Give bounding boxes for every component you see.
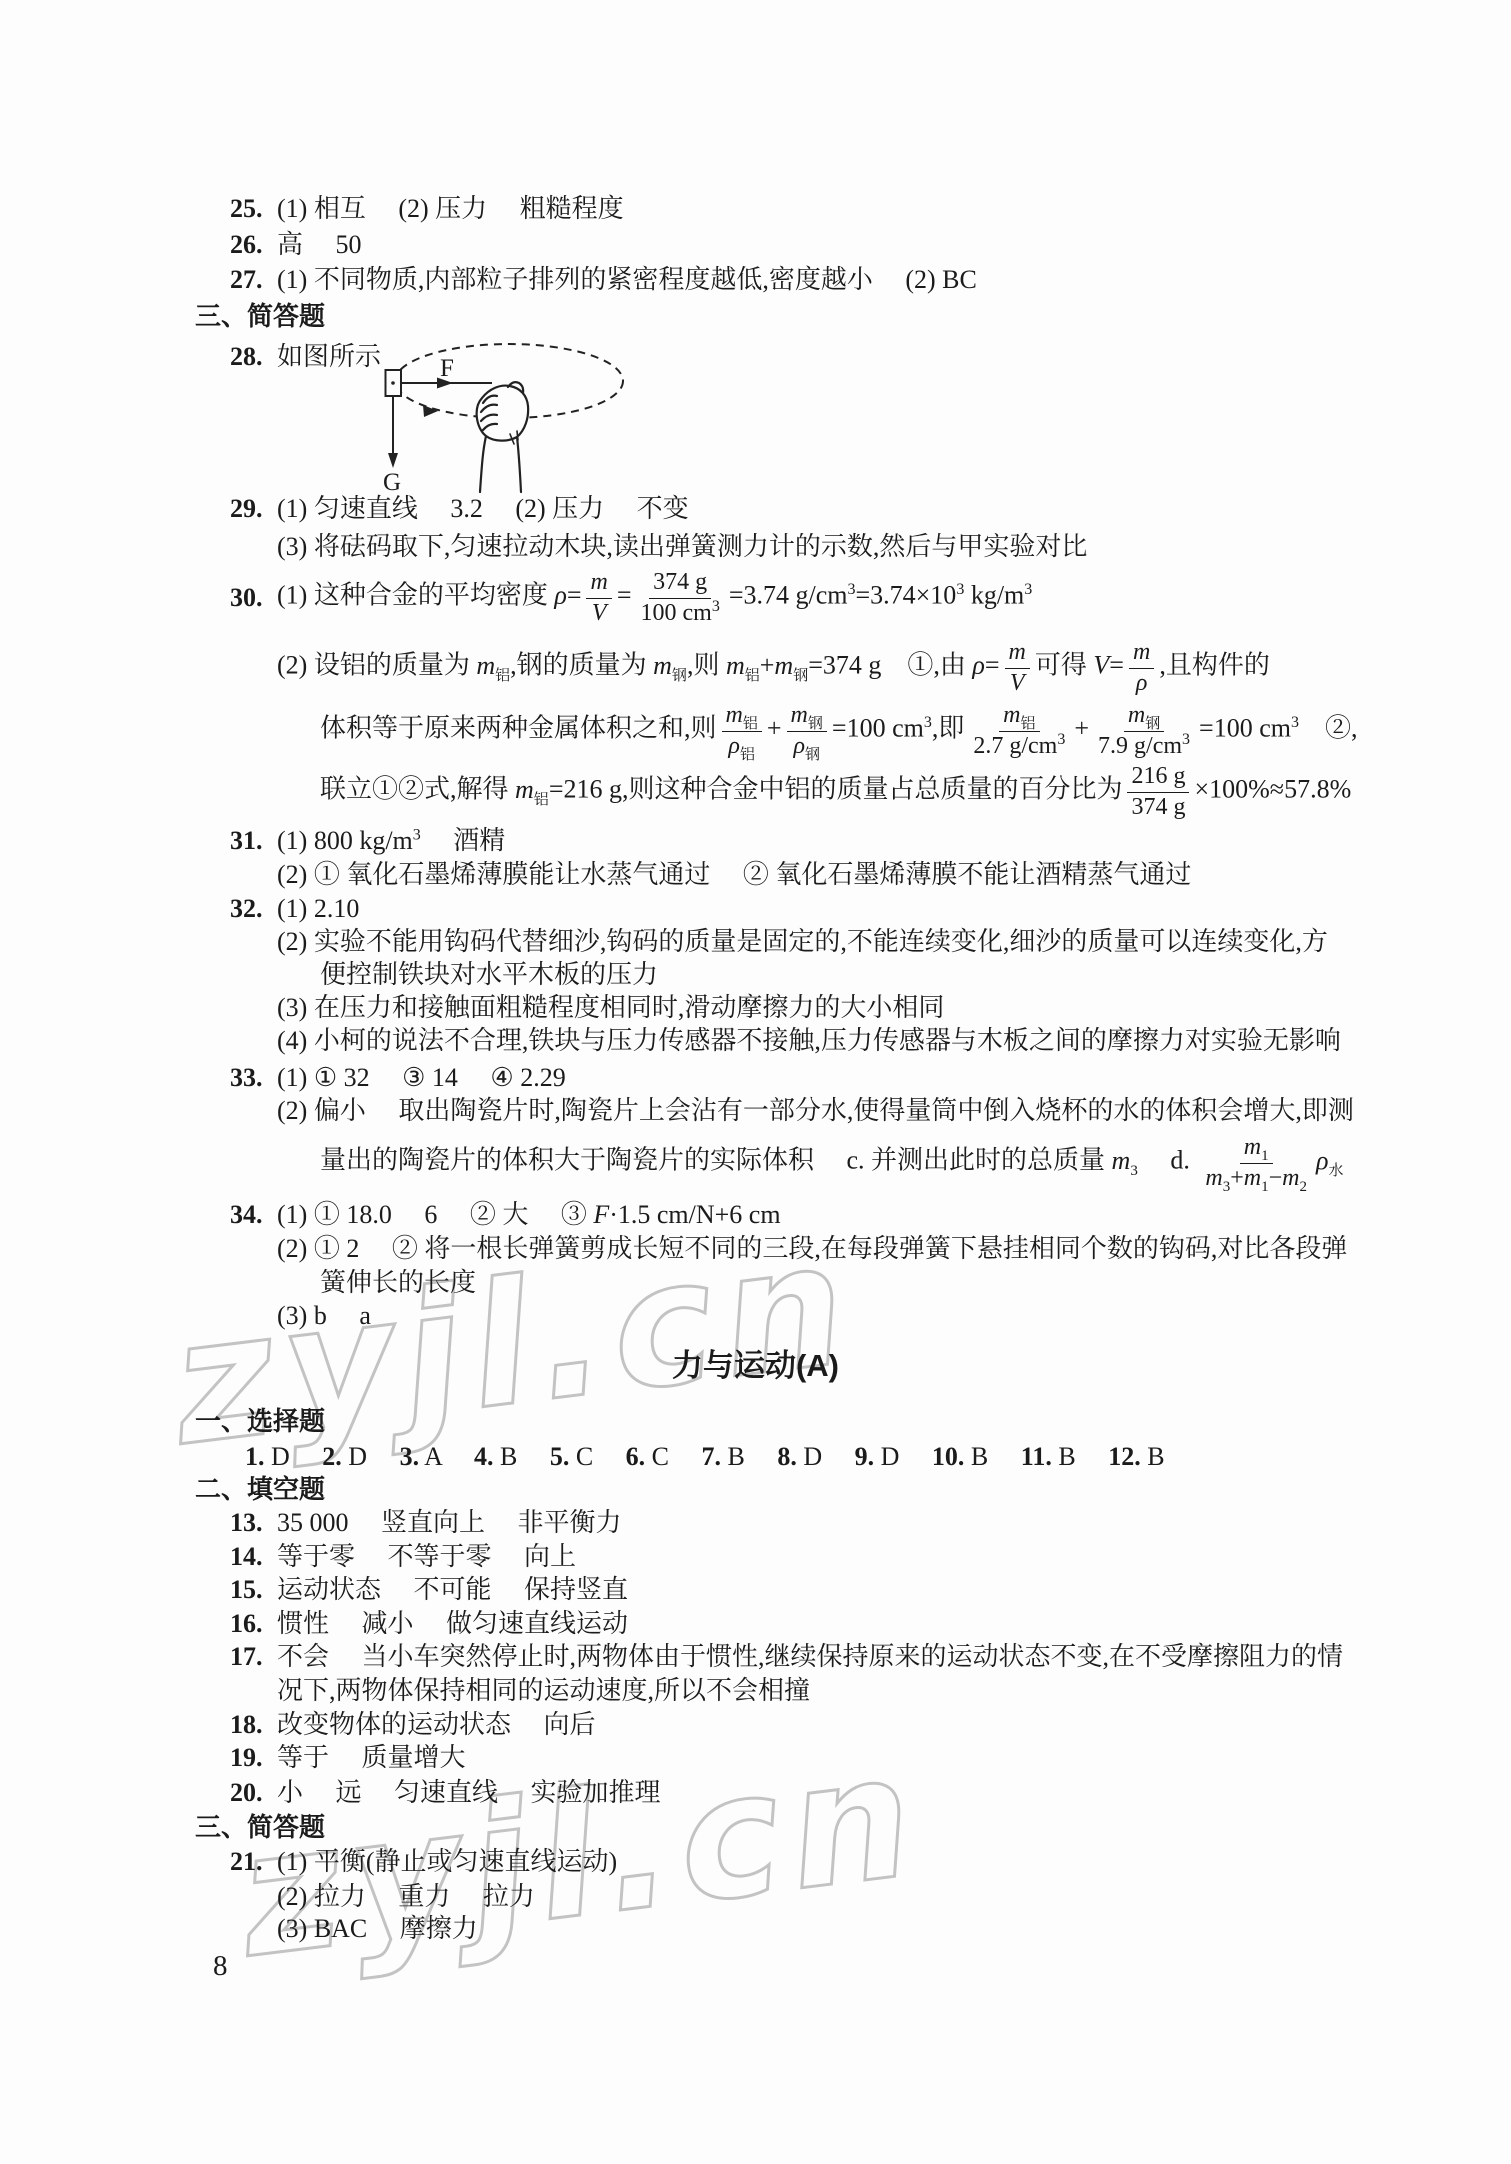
- answer-item-21: 21.(1) 平衡(静止或匀速直线运动): [230, 1845, 617, 1879]
- answer-line: 量出的陶瓷片的体积大于陶瓷片的实际体积 c. 并测出此时的总质量 m3 d. m…: [320, 1130, 1343, 1196]
- answer-item-34: 34.(1) ① 18.0 6 ② 大 ③ F·1.5 cm/N+6 cm: [230, 1198, 781, 1232]
- answer-item-16: 16.惯性 减小 做匀速直线运动: [230, 1607, 628, 1641]
- line-text: 便控制铁块对水平木板的压力: [320, 960, 658, 989]
- item-number: 13.: [230, 1506, 277, 1540]
- item-number: 34.: [230, 1198, 277, 1232]
- item-number: 16.: [230, 1607, 277, 1641]
- page-number: 8: [213, 1950, 228, 1983]
- line-text: 不会 当小车突然停止时,两物体由于惯性,继续保持原来的运动状态不变,在不受摩擦阻…: [277, 1642, 1343, 1671]
- item-number: 29.: [230, 492, 277, 526]
- line-text: 一、选择题: [195, 1406, 325, 1436]
- answer-item-27: 27.(1) 不同物质,内部粒子排列的紧密程度越低,密度越小 (2) BC: [230, 263, 977, 297]
- line-text: 如图所示: [277, 342, 381, 371]
- answer-line: 体积等于原来两种金属体积之和,则m铝ρ铝+m钢ρ钢=100 cm3,即m铝2.7…: [320, 698, 1357, 764]
- fraction: m钢7.9 g/cm3: [1094, 701, 1194, 761]
- block-center-dot: [391, 381, 395, 385]
- answer-line: (3) 将砝码取下,匀速拉动木块,读出弹簧测力计的示数,然后与甲实验对比: [277, 530, 1087, 564]
- item-number: 18.: [230, 1708, 277, 1742]
- line-text: (1) 800 kg/m3 酒精: [277, 826, 505, 855]
- line-text: (1) 这种合金的平均密度 ρ=mV=374 g100 cm3=3.74 g/c…: [277, 568, 1032, 628]
- answer-line: (2) 偏小 取出陶瓷片时,陶瓷片上会沾有一部分水,使得量筒中倒入烧杯的水的体积…: [277, 1094, 1354, 1128]
- fraction: m1m3+m1−m2: [1201, 1133, 1311, 1193]
- hand: [477, 382, 529, 492]
- line-text: (3) BAC 摩擦力: [277, 1914, 478, 1943]
- item-number: 15.: [230, 1573, 277, 1607]
- item-number: 28.: [230, 340, 277, 374]
- answer-item-17: 17.不会 当小车突然停止时,两物体由于惯性,继续保持原来的运动状态不变,在不受…: [230, 1640, 1343, 1674]
- line-text: 改变物体的运动状态 向后: [277, 1710, 596, 1739]
- answer-item-28: 28.如图所示: [230, 340, 381, 374]
- line-text: 况下,两物体保持相同的运动速度,所以不会相撞: [277, 1676, 810, 1705]
- answer-line: 联立①②式,解得 m铝=216 g,则这种合金中铝的质量占总质量的百分比为216…: [320, 764, 1351, 820]
- fraction: mV: [586, 568, 611, 628]
- weight-label: G: [383, 469, 401, 496]
- item-number: 33.: [230, 1061, 277, 1095]
- answer-line: (2) ① 2 ② 将一根长弹簧剪成长短不同的三段,在每段弹簧下悬挂相同个数的钩…: [277, 1232, 1347, 1266]
- answer-item-31: 31.(1) 800 kg/m3 酒精: [230, 824, 505, 858]
- answer-item-19: 19.等于 质量增大: [230, 1741, 466, 1775]
- fraction: 216 g374 g: [1127, 762, 1189, 822]
- line-text: (3) 在压力和接触面粗糙程度相同时,滑动摩擦力的大小相同: [277, 993, 944, 1022]
- answer-item-20: 20.小 远 匀速直线 实验加推理: [230, 1776, 661, 1810]
- line-text: (2) 偏小 取出陶瓷片时,陶瓷片上会沾有一部分水,使得量筒中倒入烧杯的水的体积…: [277, 1096, 1354, 1125]
- section-heading: 一、选择题: [195, 1404, 325, 1438]
- answer-item-14: 14.等于零 不等于零 向上: [230, 1540, 576, 1574]
- answer-item-15: 15.运动状态 不可能 保持竖直: [230, 1573, 628, 1607]
- item-number: 19.: [230, 1741, 277, 1775]
- item-number: 17.: [230, 1640, 277, 1674]
- answer-line: (3) b a: [277, 1299, 371, 1333]
- fraction: m钢ρ钢: [787, 701, 827, 761]
- line-text: 1. D 2. D 3. A 4. B 5. C 6. C 7. B 8. D …: [245, 1442, 1165, 1471]
- item-number: 25.: [230, 192, 277, 226]
- fraction: 374 g100 cm3: [637, 568, 724, 628]
- item-number: 20.: [230, 1776, 277, 1810]
- answer-line: 簧伸长的长度: [320, 1266, 476, 1300]
- line-text: (4) 小柯的说法不合理,铁块与压力传感器不接触,压力传感器与木板之间的摩擦力对…: [277, 1026, 1341, 1055]
- weight-arrow-G: [388, 396, 398, 468]
- chapter-heading: 力与运动(A): [0, 1345, 1511, 1387]
- problem-28-figure: F G: [374, 334, 686, 498]
- line-text: 等于 质量增大: [277, 1743, 466, 1772]
- line-text: 小 远 匀速直线 实验加推理: [277, 1778, 661, 1807]
- line-text: (1) 2.10: [277, 894, 359, 923]
- answer-item-18: 18.改变物体的运动状态 向后: [230, 1708, 596, 1742]
- line-text: 二、填空题: [195, 1474, 325, 1504]
- answer-item-32: 32.(1) 2.10: [230, 892, 359, 926]
- line-text: (2) 拉力 重力 拉力: [277, 1882, 535, 1911]
- line-text: 高 50: [277, 230, 362, 259]
- fraction: m铝2.7 g/cm3: [969, 701, 1069, 761]
- answer-line: (3) BAC 摩擦力: [277, 1912, 478, 1946]
- answer-line: (2) 设铝的质量为 m铝,钢的质量为 m钢,则 m铝+m钢=374 g ①,由…: [277, 636, 1270, 700]
- line-text: (1) 匀速直线 3.2 (2) 压力 不变: [277, 494, 689, 523]
- line-text: (3) 将砝码取下,匀速拉动木块,读出弹簧测力计的示数,然后与甲实验对比: [277, 532, 1087, 561]
- fraction: mV: [1005, 638, 1030, 698]
- line-text: 三、简答题: [195, 301, 325, 331]
- section-heading: 三、简答题: [195, 299, 325, 333]
- answer-item-30: 30.(1) 这种合金的平均密度 ρ=mV=374 g100 cm3=3.74 …: [230, 566, 1032, 630]
- line-text: (2) ① 2 ② 将一根长弹簧剪成长短不同的三段,在每段弹簧下悬挂相同个数的钩…: [277, 1234, 1347, 1263]
- line-text: 三、简答题: [195, 1812, 325, 1842]
- line-text: 35 000 竖直向上 非平衡力: [277, 1508, 622, 1537]
- line-text: (1) ① 18.0 6 ② 大 ③ F·1.5 cm/N+6 cm: [277, 1200, 781, 1229]
- fraction: m铝ρ铝: [722, 701, 762, 761]
- answer-item-13: 13.35 000 竖直向上 非平衡力: [230, 1506, 622, 1540]
- answer-line: 便控制铁块对水平木板的压力: [320, 958, 658, 992]
- item-number: 31.: [230, 824, 277, 858]
- fraction: mρ: [1129, 638, 1154, 698]
- answer-line: (2) ① 氧化石墨烯薄膜能让水蒸气通过 ② 氧化石墨烯薄膜不能让酒精蒸气通过: [277, 858, 1191, 892]
- line-text: (3) b a: [277, 1301, 371, 1330]
- line-text: 量出的陶瓷片的体积大于陶瓷片的实际体积 c. 并测出此时的总质量 m3 d. m…: [320, 1133, 1343, 1193]
- item-number: 26.: [230, 228, 277, 262]
- line-text: 联立①②式,解得 m铝=216 g,则这种合金中铝的质量占总质量的百分比为216…: [320, 762, 1351, 822]
- answer-line: (3) 在压力和接触面粗糙程度相同时,滑动摩擦力的大小相同: [277, 991, 944, 1025]
- item-number: 14.: [230, 1540, 277, 1574]
- answer-item-26: 26.高 50: [230, 228, 362, 262]
- item-number: 27.: [230, 263, 277, 297]
- answer-item-33: 33.(1) ① 32 ③ 14 ④ 2.29: [230, 1061, 566, 1095]
- force-label: F: [440, 355, 454, 382]
- answer-line: (2) 拉力 重力 拉力: [277, 1880, 535, 1914]
- line-text: 力与运动(A): [672, 1348, 839, 1383]
- answer-line: 况下,两物体保持相同的运动速度,所以不会相撞: [277, 1674, 810, 1708]
- answer-line: (4) 小柯的说法不合理,铁块与压力传感器不接触,压力传感器与木板之间的摩擦力对…: [277, 1024, 1341, 1058]
- answer-book-page: zyjl.cn zyjl.cn 25.(1) 相互 (2) 压力 粗糙程度26.…: [0, 0, 1511, 2164]
- answer-item-25: 25.(1) 相互 (2) 压力 粗糙程度: [230, 192, 624, 226]
- item-number: 30.: [230, 581, 277, 615]
- line-text: (1) ① 32 ③ 14 ④ 2.29: [277, 1063, 566, 1092]
- line-text: (1) 平衡(静止或匀速直线运动): [277, 1847, 617, 1876]
- item-number: 32.: [230, 892, 277, 926]
- line-text: 运动状态 不可能 保持竖直: [277, 1575, 628, 1604]
- direction-arrowhead: [423, 405, 438, 417]
- section-heading: 二、填空题: [195, 1472, 325, 1506]
- line-text: (2) 设铝的质量为 m铝,钢的质量为 m钢,则 m铝+m钢=374 g ①,由…: [277, 638, 1270, 698]
- line-text: (2) ① 氧化石墨烯薄膜能让水蒸气通过 ② 氧化石墨烯薄膜不能让酒精蒸气通过: [277, 860, 1191, 889]
- line-text: 惯性 减小 做匀速直线运动: [277, 1609, 628, 1638]
- line-text: 簧伸长的长度: [320, 1268, 476, 1297]
- answers-content: 25.(1) 相互 (2) 压力 粗糙程度26.高 5027.(1) 不同物质,…: [0, 0, 1511, 2164]
- line-text: 体积等于原来两种金属体积之和,则m铝ρ铝+m钢ρ钢=100 cm3,即m铝2.7…: [320, 701, 1357, 761]
- item-number: 21.: [230, 1845, 277, 1879]
- line-text: (1) 不同物质,内部粒子排列的紧密程度越低,密度越小 (2) BC: [277, 265, 977, 294]
- line-text: (1) 相互 (2) 压力 粗糙程度: [277, 194, 624, 223]
- line-text: 等于零 不等于零 向上: [277, 1542, 576, 1571]
- section-heading: 三、简答题: [195, 1810, 325, 1844]
- choice-answers-row: 1. D 2. D 3. A 4. B 5. C 6. C 7. B 8. D …: [245, 1440, 1165, 1474]
- answer-line: (2) 实验不能用钩码代替细沙,钩码的质量是固定的,不能连续变化,细沙的质量可以…: [277, 925, 1328, 959]
- line-text: (2) 实验不能用钩码代替细沙,钩码的质量是固定的,不能连续变化,细沙的质量可以…: [277, 927, 1328, 956]
